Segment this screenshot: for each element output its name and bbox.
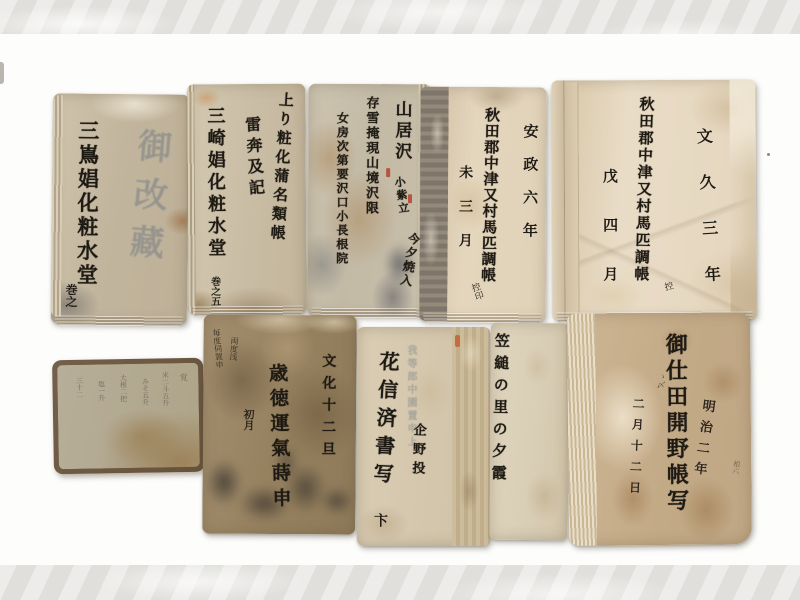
creased-fore-edge [729, 79, 756, 319]
manuscript-title: 御仕田開野帳写 [663, 333, 687, 515]
manuscript-bottom-4: 笠縋の里の夕霞 [489, 323, 569, 541]
manuscript-top-4: 安政六年 秋田郡中津又村馬匹調帳 未三月 控印 [419, 87, 547, 322]
name-column: 企野投 [410, 423, 425, 480]
dust-speck [767, 153, 770, 156]
manuscript-top-3: 山居沢 小紫立 今夕焼入 存雪掩現山境沢限 女房次第要沢口小長根院 [307, 84, 430, 317]
month-column: 未三月 [458, 165, 473, 267]
spine-left-edge [187, 84, 196, 314]
month-column: 戊四月 [602, 168, 618, 315]
manuscript-title: 秋田郡中津又村馬匹調帳 [633, 96, 654, 283]
manuscript-top-5: 文久三年 秋田郡中津又村馬匹調帳 戊四月 控 [551, 79, 756, 320]
volume-label: 巻之五 [209, 276, 219, 306]
era-column: 安政六年 [522, 123, 538, 255]
page-stack-bottom-edge [55, 315, 183, 326]
page-stack-left-edge [51, 95, 63, 316]
text-column: 女房次第要沢口小長根院 [336, 112, 349, 266]
manuscript-title: 三崎娼化粧水堂 [205, 106, 224, 260]
faint-text-column: みそ五升 [141, 378, 148, 406]
note-column: 雷奔及記 [243, 116, 264, 201]
manuscript-title: 秋田郡中津又村馬匹調帳 [480, 107, 499, 283]
corner-scribble: 両度浅 [229, 336, 239, 361]
worn-cloth-spine [419, 87, 449, 321]
faint-text-column: 覚 [179, 373, 187, 381]
edge-note: 根六 [731, 460, 740, 475]
manuscript-bottom-dark: 文化十二旦 歳徳運氣蒔申 初月 毎度伺置申 両度浅 [202, 314, 357, 534]
corner-scribble: 毎度伺置申 [212, 328, 224, 369]
photo-edge-sliver [0, 62, 4, 84]
photo-of-antique-japanese-manuscripts: 御改藏 三嶌娼化粧水堂 巻之 上り粧化蒲名類帳 雷奔及記 三崎娼化粧水堂 巻之五… [0, 0, 800, 600]
faint-text-column: 大根二把 [119, 374, 126, 402]
binding-strip [452, 327, 490, 546]
manuscript-bottom-5: ゝ〆 明治二年 御仕田開野帳写 二月十二日 根六 [567, 312, 752, 546]
orange-thread-mark [455, 335, 460, 347]
fore-edge-page-stack [567, 314, 597, 546]
manuscript-title: 歳徳運氣蒔申 [267, 363, 290, 513]
manuscript-bottom-small: 覚 米二斗五升 みそ五升 大根二把 塩一升 三十二 [52, 358, 205, 475]
red-seal-mark [386, 168, 390, 177]
era-column: 明治二年 [691, 398, 715, 483]
faint-text-column: 米二斗五升 [161, 371, 169, 406]
side-note: 初月 [243, 409, 254, 431]
date-column: 二月十二日 [628, 397, 645, 502]
note-column: 上り粧化蒲名類帳 [269, 91, 294, 244]
manuscript-top-2: 上り粧化蒲名類帳 雷奔及記 三崎娼化粧水堂 巻之五 [187, 84, 307, 315]
era-column: 文久三年 [695, 127, 722, 312]
manuscript-title: 笠縋の里の夕霞 [490, 333, 509, 487]
folded-spine-left-2 [564, 82, 579, 317]
volume-label: 巻之 [65, 283, 77, 307]
manuscript-top-1: 御改藏 三嶌娼化粧水堂 巻之 [51, 93, 189, 324]
manuscript-bottom-3: 我等郎中園置申上 花信済書写 卞 企野投 [357, 327, 490, 546]
faint-text-column: 塩一升 [97, 380, 104, 401]
folded-spine-left [551, 80, 565, 320]
small-note: 控 [661, 281, 672, 292]
date-column: 文化十二旦 [321, 353, 336, 463]
bottom-mark: 卞 [373, 513, 387, 527]
page-stack-bottom-edge [423, 313, 541, 324]
manuscript-title: 花信済書写 [371, 351, 398, 492]
red-seal-mark [408, 194, 412, 203]
text-column: 山居沢 [392, 100, 409, 163]
small-note: 控印 [469, 282, 484, 302]
text-column: 存雪掩現山境沢限 [364, 96, 378, 216]
bleed-through-text: 御改藏 [124, 127, 169, 273]
manuscript-title: 三嶌娼化粧水堂 [75, 120, 98, 288]
small-book-pages: 覚 米二斗五升 みそ五升 大根二把 塩一升 三十二 [57, 363, 200, 469]
faint-text-column: 三十二 [75, 377, 82, 398]
